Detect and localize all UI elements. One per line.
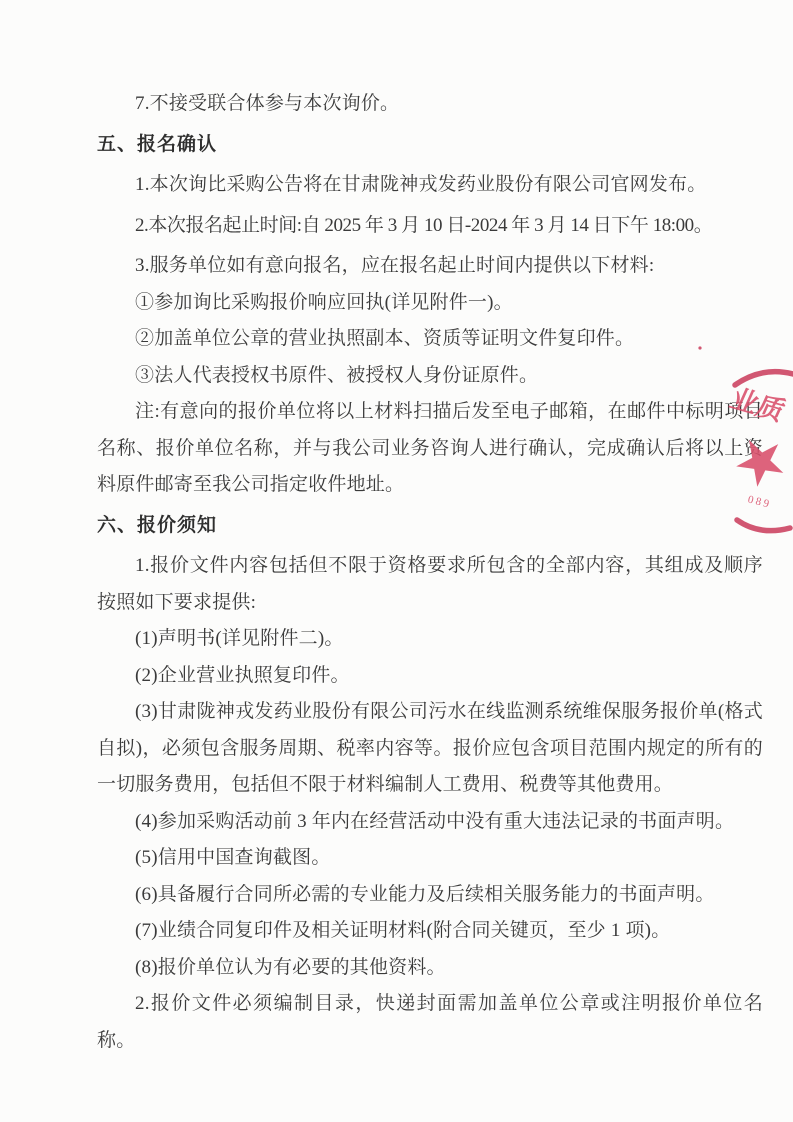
- paragraph: ③法人代表授权书原件、被授权人身份证原件。: [97, 358, 763, 395]
- paragraph: (2)企业营业执照复印件。: [97, 658, 763, 695]
- paragraph: (8)报价单位认为有必要的其他资料。: [97, 950, 763, 987]
- paragraph: 2.报价文件必须编制目录，快递封面需加盖单位公章或注明报价单位名称。: [97, 986, 763, 1059]
- paragraph: ②加盖单位公章的营业执照副本、资质等证明文件复印件。: [97, 321, 763, 358]
- paragraph: 3.服务单位如有意向报名，应在报名起止时间内提供以下材料:: [97, 248, 763, 285]
- paragraph: (4)参加采购活动前 3 年内在经营活动中没有重大违法记录的书面声明。: [97, 804, 763, 841]
- document-body: 7.不接受联合体参与本次询价。五、报名确认1.本次询比采购公告将在甘肃陇神戎发药…: [97, 86, 763, 1059]
- section-heading: 五、报名确认: [97, 127, 763, 164]
- paragraph: ①参加询比采购报价响应回执(详见附件一)。: [97, 285, 763, 322]
- section-heading: 六、报价须知: [97, 508, 763, 545]
- paragraph: (7)业绩合同复印件及相关证明材料(附合同关键页，至少 1 项)。: [97, 913, 763, 950]
- paragraph: 7.不接受联合体参与本次询价。: [97, 86, 763, 123]
- paragraph: (3)甘肃陇神戎发药业股份有限公司污水在线监测系统维保服务报价单(格式自拟)，必…: [97, 694, 763, 804]
- paragraph: 2.本次报名起止时间:自 2025 年 3 月 10 日-2024 年 3 月 …: [97, 208, 763, 245]
- paragraph: (5)信用中国查询截图。: [97, 840, 763, 877]
- paragraph: 注:有意向的报价单位将以上材料扫描后发至电子邮箱，在邮件中标明项目名称、报价单位…: [97, 394, 763, 504]
- paragraph: 1.报价文件内容包括但不限于资格要求所包含的全部内容，其组成及顺序按照如下要求提…: [97, 548, 763, 621]
- document-page: 7.不接受联合体参与本次询价。五、报名确认1.本次询比采购公告将在甘肃陇神戎发药…: [0, 0, 793, 1122]
- paragraph: (1)声明书(详见附件二)。: [97, 621, 763, 658]
- paragraph: 1.本次询比采购公告将在甘肃陇神戎发药业股份有限公司官网发布。: [97, 167, 763, 204]
- paragraph: (6)具备履行合同所必需的专业能力及后续相关服务能力的书面声明。: [97, 877, 763, 914]
